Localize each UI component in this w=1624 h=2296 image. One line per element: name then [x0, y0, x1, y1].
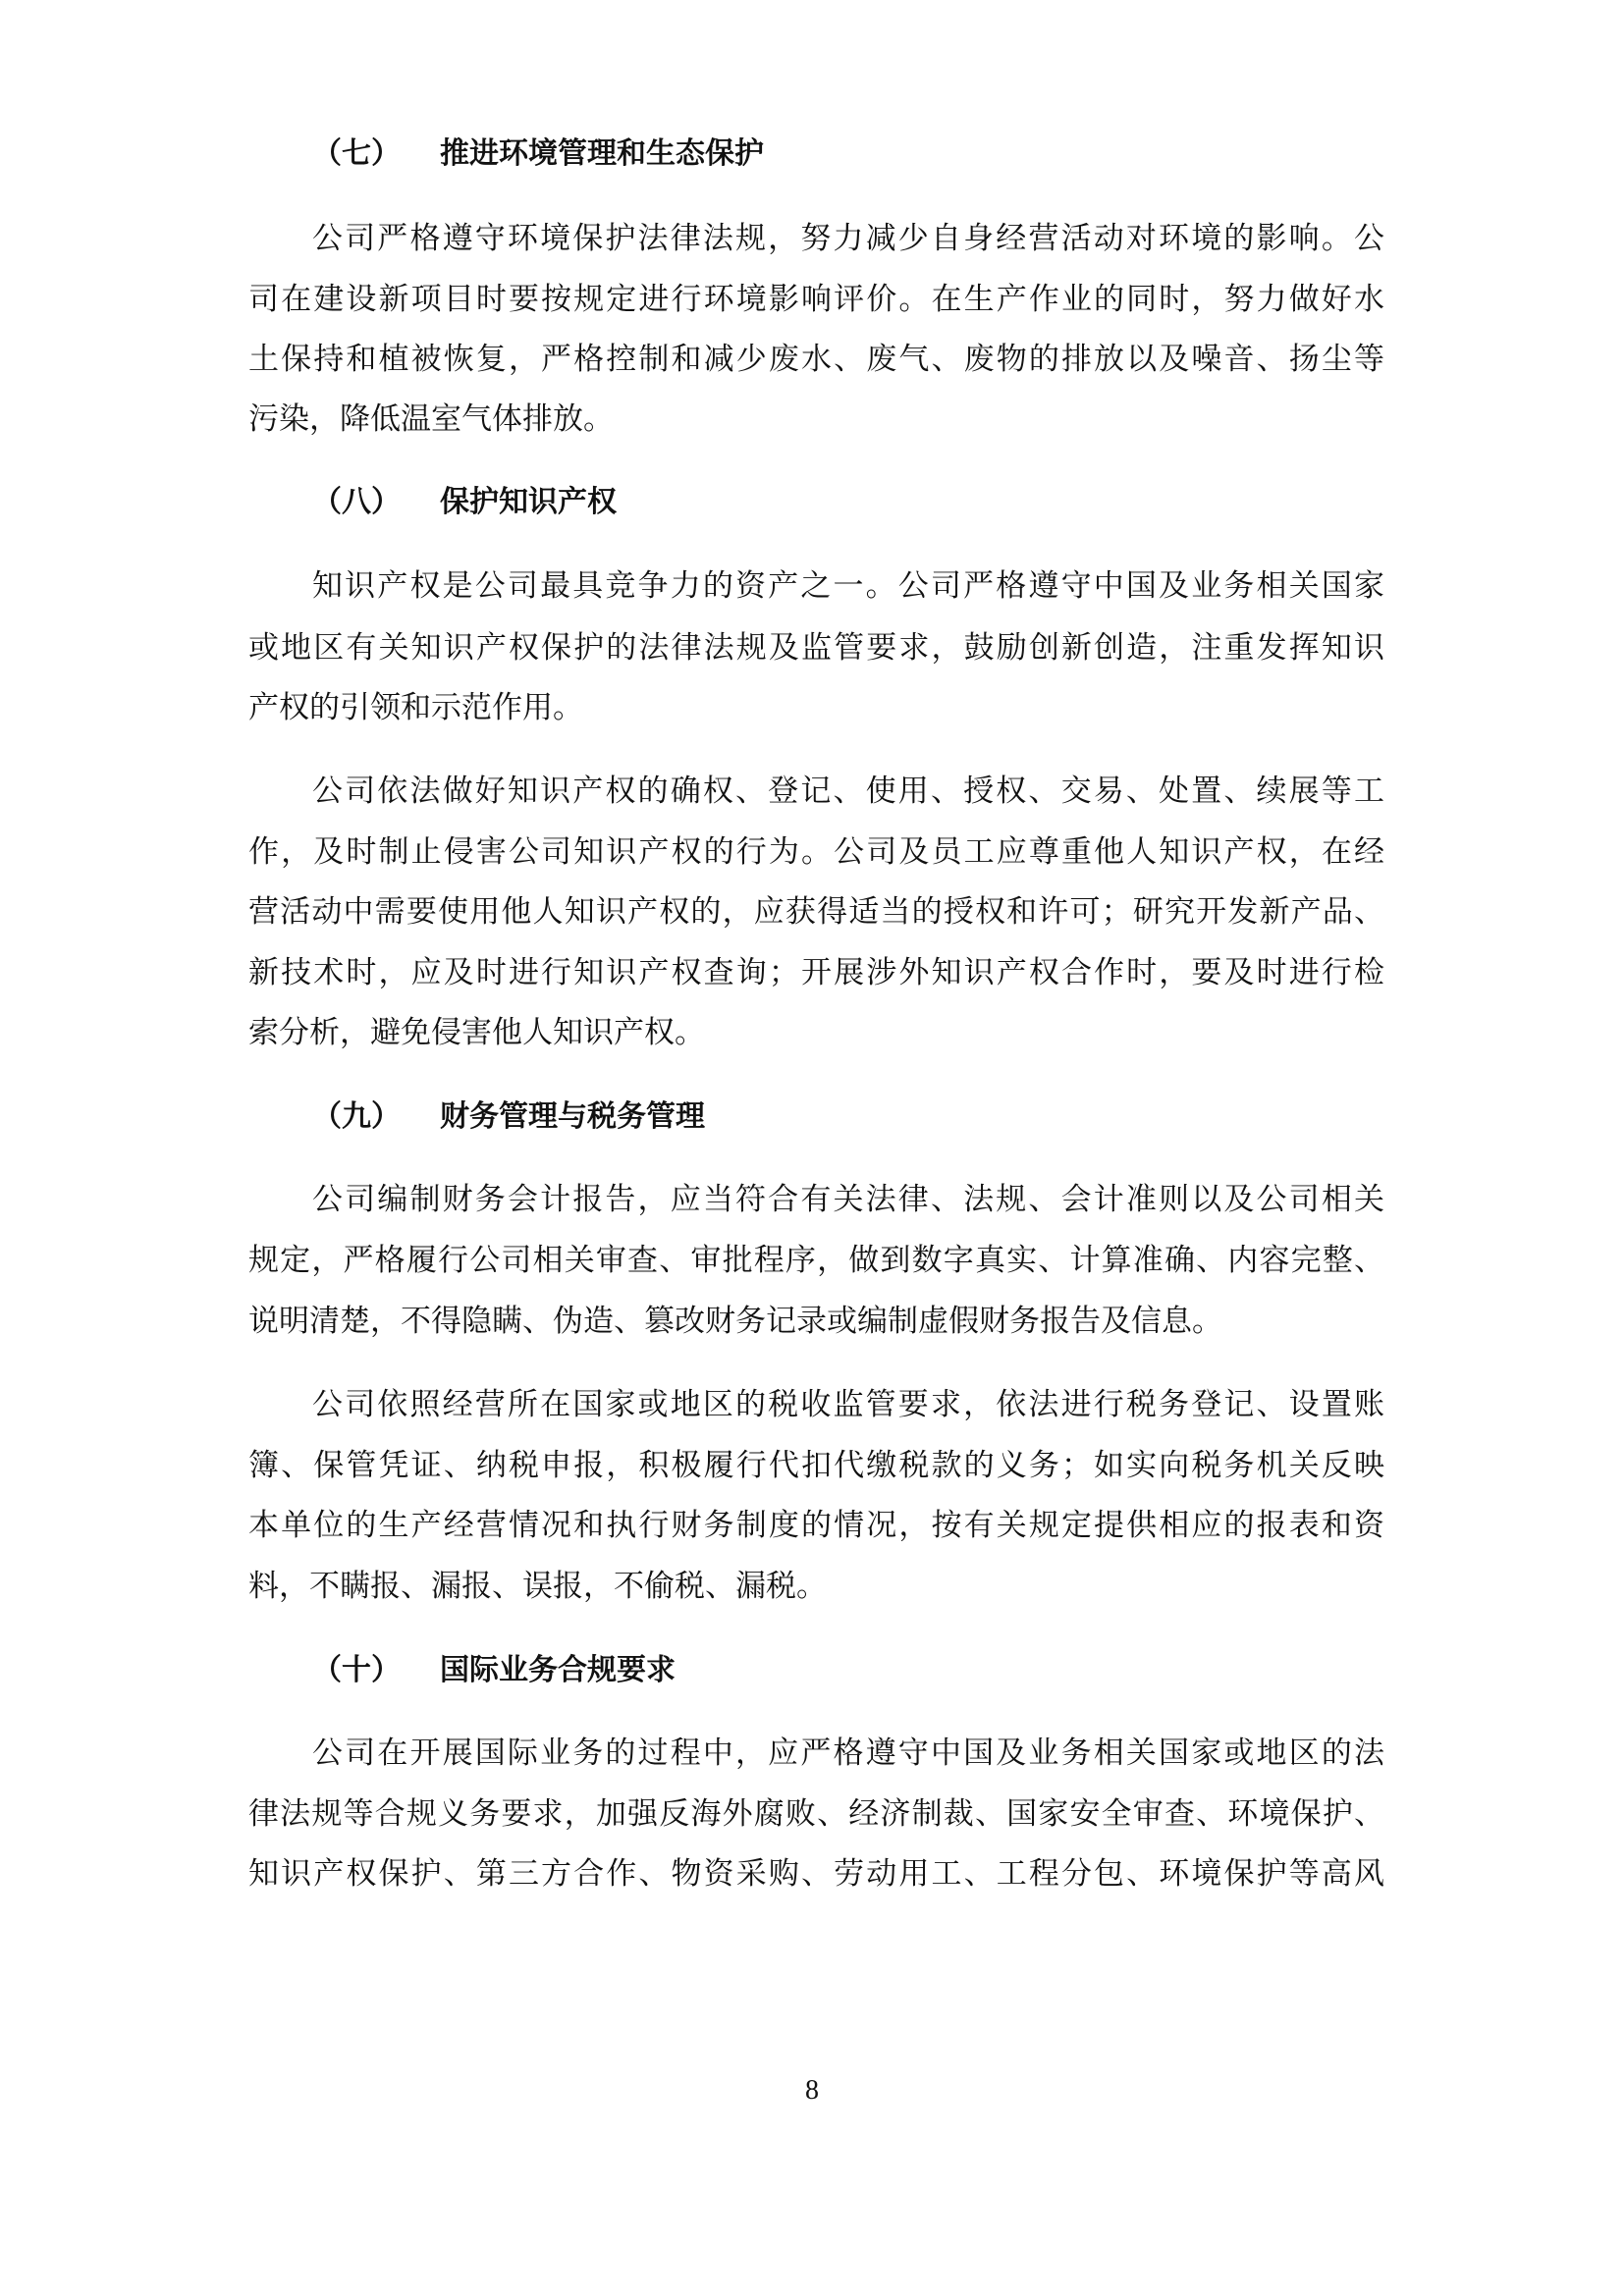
paragraph-line: 本单位的生产经营情况和执行财务制度的情况，按有关规定提供相应的报表和资: [248, 1506, 1384, 1545]
paragraph-line: 公司依法做好知识产权的确权、登记、使用、授权、交易、处置、续展等工: [312, 772, 1384, 811]
paragraph-line: 公司依照经营所在国家或地区的税收监管要求，依法进行税务登记、设置账: [312, 1385, 1384, 1424]
section-number: （八）: [312, 483, 401, 522]
paragraph-line: 或地区有关知识产权保护的法律法规及监管要求，鼓励创新创造，注重发挥知识: [248, 628, 1384, 667]
section-title: 国际业务合规要求: [440, 1651, 676, 1690]
page-number: 8: [0, 2073, 1624, 2109]
paragraph-line: 公司严格遵守环境保护法律法规，努力减少自身经营活动对环境的影响。公: [312, 219, 1384, 258]
paragraph-line: 料，不瞒报、漏报、误报，不偷税、漏税。: [248, 1567, 1384, 1606]
paragraph-line: 律法规等合规义务要求，加强反海外腐败、经济制裁、国家安全审查、环境保护、: [248, 1794, 1384, 1834]
section-number: （七）: [312, 134, 401, 174]
paragraph-line: 污染，降低温室气体排放。: [248, 400, 1384, 439]
paragraph-line: 产权的引领和示范作用。: [248, 688, 1384, 727]
paragraph-line: 知识产权保护、第三方合作、物资采购、劳动用工、工程分包、环境保护等高风: [248, 1854, 1384, 1894]
paragraph-line: 索分析，避免侵害他人知识产权。: [248, 1013, 1384, 1052]
section-title: 财务管理与税务管理: [440, 1097, 705, 1137]
section-title: 保护知识产权: [440, 483, 617, 522]
paragraph-line: 司在建设新项目时要按规定进行环境影响评价。在生产作业的同时，努力做好水: [248, 280, 1384, 319]
paragraph-line: 土保持和植被恢复，严格控制和减少废水、废气、废物的排放以及噪音、扬尘等: [248, 340, 1384, 379]
section-title: 推进环境管理和生态保护: [440, 134, 764, 174]
paragraph-line: 公司在开展国际业务的过程中，应严格遵守中国及业务相关国家或地区的法: [312, 1734, 1384, 1773]
paragraph-line: 新技术时，应及时进行知识产权查询；开展涉外知识产权合作时，要及时进行检: [248, 953, 1384, 992]
section-number: （十）: [312, 1651, 401, 1690]
section-number: （九）: [312, 1097, 401, 1137]
paragraph-line: 公司编制财务会计报告，应当符合有关法律、法规、会计准则以及公司相关: [312, 1180, 1384, 1219]
paragraph-line: 规定，严格履行公司相关审查、审批程序，做到数字真实、计算准确、内容完整、: [248, 1241, 1384, 1280]
paragraph-line: 簿、保管凭证、纳税申报，积极履行代扣代缴税款的义务；如实向税务机关反映: [248, 1446, 1384, 1485]
paragraph-line: 说明清楚，不得隐瞒、伪造、篡改财务记录或编制虚假财务报告及信息。: [248, 1302, 1384, 1341]
paragraph-line: 作，及时制止侵害公司知识产权的行为。公司及员工应尊重他人知识产权，在经: [248, 832, 1384, 872]
paragraph-line: 营活动中需要使用他人知识产权的，应获得适当的授权和许可；研究开发新产品、: [248, 892, 1384, 932]
paragraph-line: 知识产权是公司最具竞争力的资产之一。公司严格遵守中国及业务相关国家: [312, 566, 1384, 606]
